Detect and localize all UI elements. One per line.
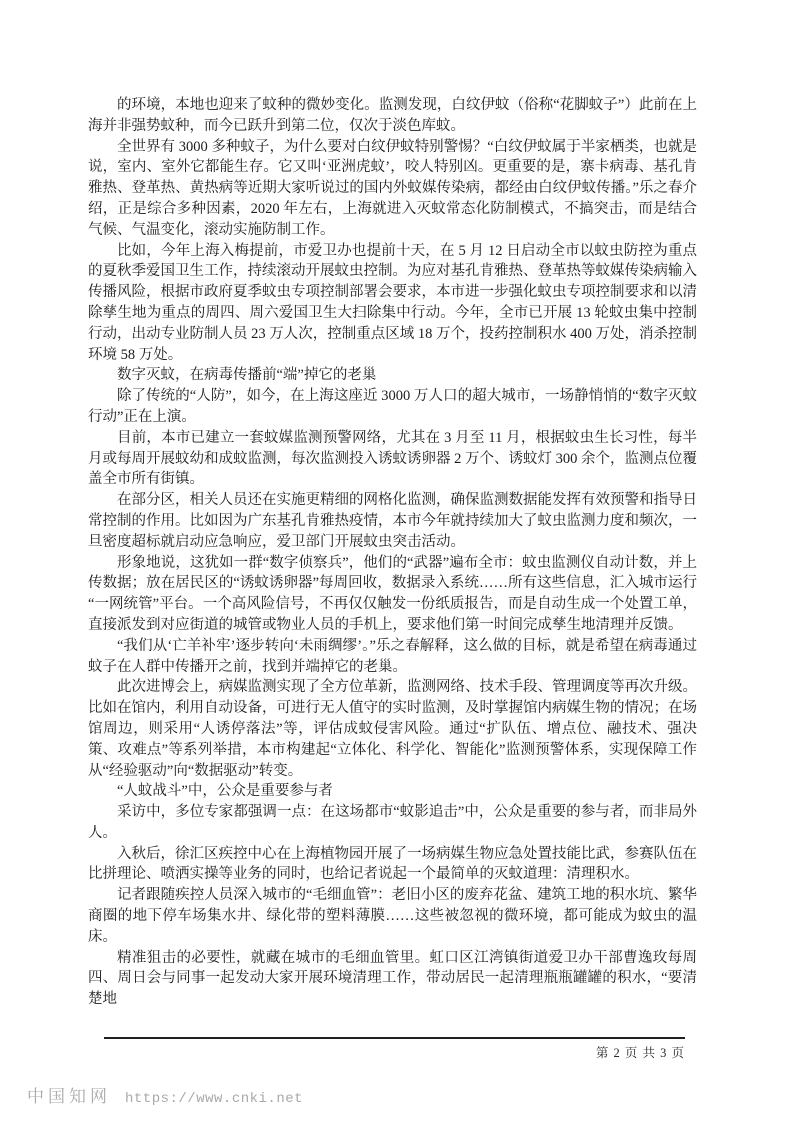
cnki-url-text: https://www.cnki.net xyxy=(125,1091,303,1107)
paragraph: 形象地说，这犹如一群“数字侦察兵”，他们的“武器”遍布全市：蚊虫监测仪自动计数，… xyxy=(88,553,697,636)
paragraph: “我们从‘亡羊补牢’逐步转向‘未雨绸缪’。”乐之春解释，这么做的目标，就是希望在… xyxy=(88,636,697,678)
paragraph: 的环境，本地也迎来了蚊种的微妙变化。监测发现，白纹伊蚊（俗称“花脚蚊子”）此前在… xyxy=(88,95,697,137)
paragraph: 全世界有 3000 多种蚊子，为什么要对白纹伊蚊特别警惕？“白纹伊蚊属于半家栖类… xyxy=(88,137,697,241)
paragraph: 比如，今年上海入梅提前，市爱卫办也提前十天，在 5 月 12 日启动全市以蚊虫防… xyxy=(88,241,697,366)
cnki-brand-text: 中国知网 xyxy=(27,1087,111,1106)
page-number: 第 2 页 共 3 页 xyxy=(104,1043,685,1061)
paragraph: 此次进博会上，病媒监测实现了全方位革新，监测网络、技术手段、管理调度等再次升级。… xyxy=(88,677,697,781)
paragraph: 入秋后，徐汇区疾控中心在上海植物园开展了一场病媒生物应急处置技能比武，参赛队伍在… xyxy=(88,844,697,886)
paragraph: 数字灭蚊，在病毒传播前“端”掉它的老巢 xyxy=(88,365,697,386)
paragraph: “人蚊战斗”中，公众是重要参与者 xyxy=(88,781,697,802)
paragraph: 在部分区，相关人员还在实施更精细的网格化监测，确保监测数据能发挥有效预警和指导日… xyxy=(88,490,697,552)
paragraph: 除了传统的“人防”，如今，在上海这座近 3000 万人口的超大城市，一场静悄悄的… xyxy=(88,386,697,428)
paragraph: 采访中，多位专家都强调一点：在这场都市“蚊影追击”中，公众是重要的参与者，而非局… xyxy=(88,802,697,844)
paragraph: 精准狙击的必要性，就藏在城市的毛细血管里。虹口区江湾镇街道爱卫办干部曹逸玫每周四… xyxy=(88,948,697,1010)
cnki-watermark: 中国知网https://www.cnki.net xyxy=(27,1082,303,1107)
paragraph: 记者跟随疾控人员深入城市的“毛细血管”：老旧小区的废弃花盆、建筑工地的积水坑、繁… xyxy=(88,885,697,947)
footer-divider xyxy=(104,1037,685,1039)
article-body: 的环境，本地也迎来了蚊种的微妙变化。监测发现，白纹伊蚊（俗称“花脚蚊子”）此前在… xyxy=(88,95,697,1010)
paragraph: 目前，本市已建立一套蚊媒监测预警网络，尤其在 3 月至 11 月，根据蚊虫生长习… xyxy=(88,428,697,490)
